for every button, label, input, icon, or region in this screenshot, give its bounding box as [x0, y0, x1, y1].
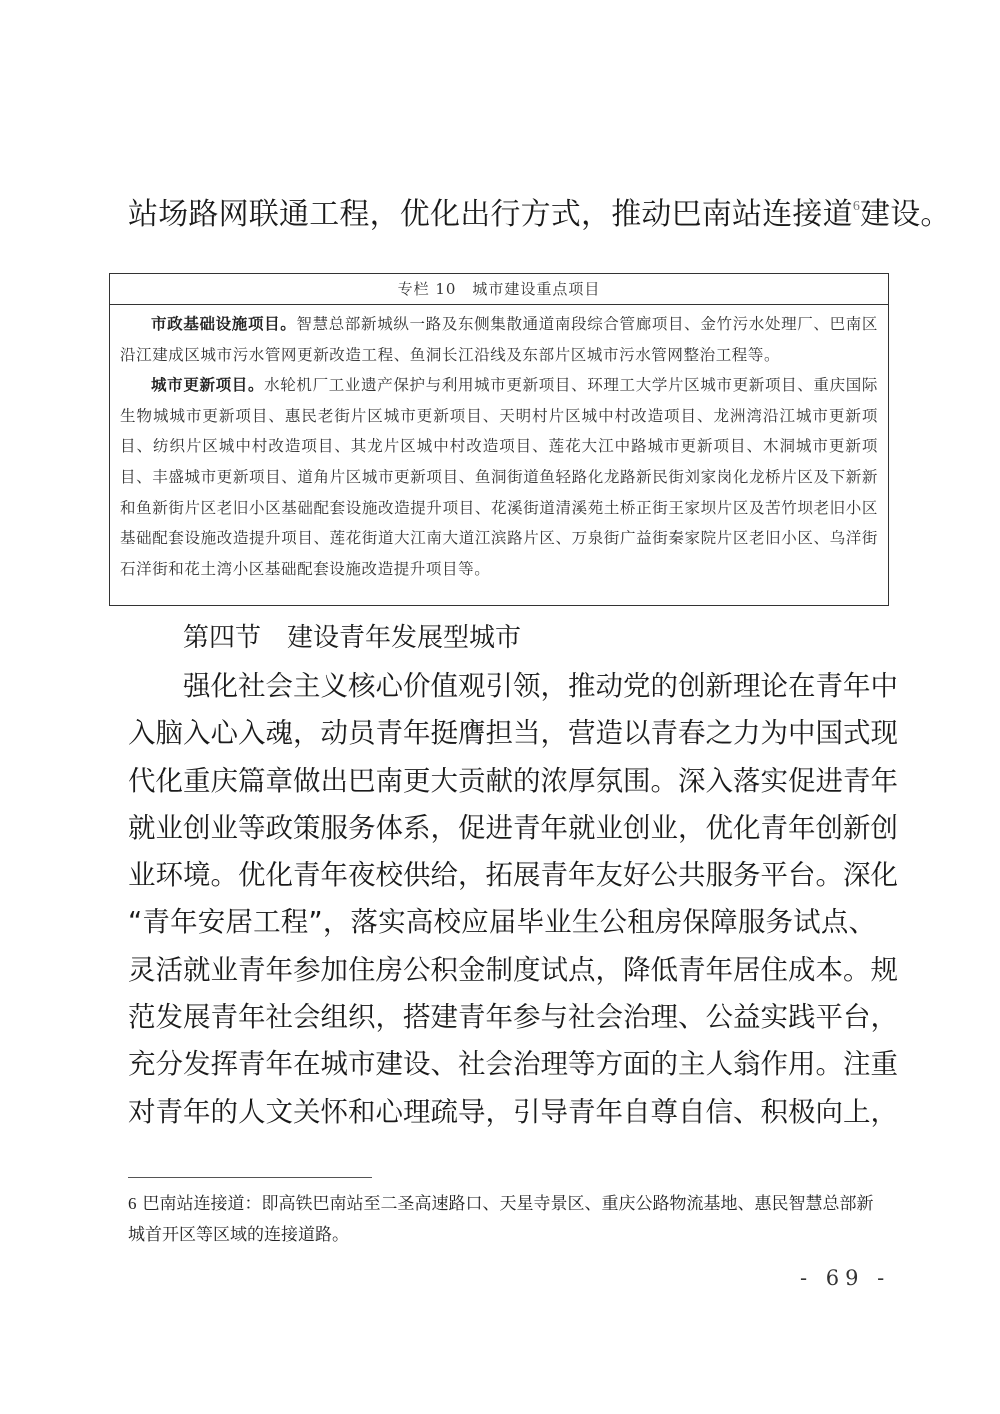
body-paragraph: 强化社会主义核心价值观引领，推动党的创新理论在青年中 入脑入心入魂，动员青年挺膺…	[128, 663, 876, 1136]
body-line: 强化社会主义核心价值观引领，推动党的创新理论在青年中	[128, 663, 876, 710]
body-line: 对青年的人文关怀和心理疏导，引导青年自尊自信、积极向上，	[128, 1089, 876, 1136]
continued-paragraph: 站场路网联通工程，优化出行方式，推动巴南站连接道6建设。	[128, 187, 888, 235]
sidebar-box-key-projects: 专栏 10 城市建设重点项目 市政基础设施项目。智慧总部新城纵一路及东侧集散通道…	[109, 273, 889, 606]
footnote-divider	[128, 1177, 372, 1178]
body-line: “青年安居工程”，落实高校应届毕业生公租房保障服务试点、	[128, 899, 876, 946]
box-paragraph-urban-renewal: 城市更新项目。水轮机厂工业遗产保护与利用城市更新项目、环理工大学片区城市更新项目…	[120, 370, 878, 584]
footnote-text: 巴南站连接道：即高铁巴南站至二圣高速路口、天星寺景区、重庆公路物流基地、惠民智慧…	[128, 1194, 874, 1245]
footnote: 6巴南站连接道：即高铁巴南站至二圣高速路口、天星寺景区、重庆公路物流基地、惠民智…	[128, 1188, 888, 1251]
box-paragraph-municipal: 市政基础设施项目。智慧总部新城纵一路及东侧集散通道南段综合管廊项目、金竹污水处理…	[120, 309, 878, 370]
section-title: 建设青年发展型城市	[287, 623, 521, 653]
body-line: 代化重庆篇章做出巴南更大贡献的浓厚氛围。深入落实促进青年	[128, 758, 876, 805]
section-heading: 第四节建设青年发展型城市	[183, 618, 521, 658]
page-number: - 69 -	[800, 1266, 890, 1290]
body-line: 灵活就业青年参加住房公积金制度试点，降低青年居住成本。规	[128, 947, 876, 994]
box-paragraph-label: 市政基础设施项目。	[151, 314, 296, 333]
body-line: 就业创业等政策服务体系，促进青年就业创业，优化青年创新创	[128, 805, 876, 852]
body-line: 充分发挥青年在城市建设、社会治理等方面的主人翁作用。注重	[128, 1041, 876, 1088]
box-paragraph-label: 城市更新项目。	[151, 375, 264, 394]
body-line: 范发展青年社会组织，搭建青年参与社会治理、公益实践平台，	[128, 994, 876, 1041]
footnote-reference[interactable]: 6	[853, 199, 860, 214]
continued-text: 站场路网联通工程，优化出行方式，推动巴南站连接道	[128, 197, 853, 232]
body-line: 入脑入心入魂，动员青年挺膺担当，营造以青春之力为中国式现	[128, 710, 876, 757]
box-paragraph-text: 水轮机厂工业遗产保护与利用城市更新项目、环理工大学片区城市更新项目、重庆国际生物…	[120, 376, 878, 578]
box-body: 市政基础设施项目。智慧总部新城纵一路及东侧集散通道南段综合管廊项目、金竹污水处理…	[110, 305, 888, 584]
body-line: 业环境。优化青年夜校供给，拓展青年友好公共服务平台。深化	[128, 852, 876, 899]
continued-text-end: 建设。	[860, 197, 951, 232]
section-number: 第四节	[183, 623, 261, 653]
box-title: 专栏 10 城市建设重点项目	[110, 274, 888, 305]
footnote-number: 6	[128, 1194, 137, 1213]
